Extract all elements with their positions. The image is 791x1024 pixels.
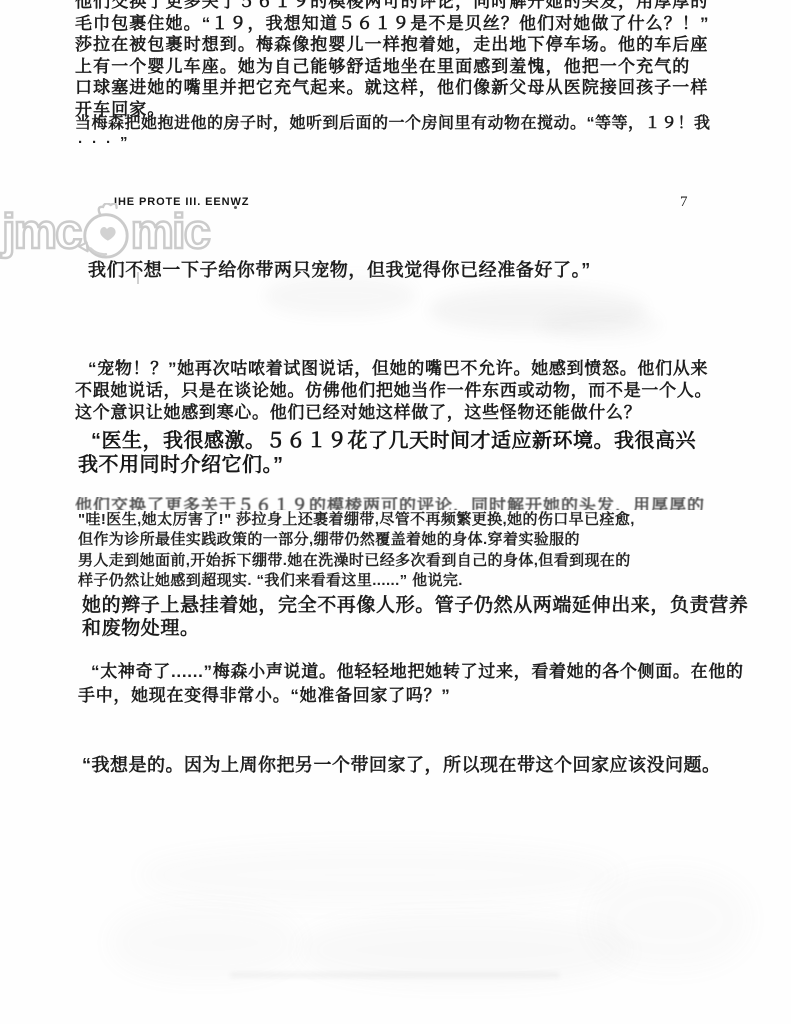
text-line: 和废物处理。 bbox=[82, 617, 748, 640]
watermark-text-right: mic bbox=[130, 206, 208, 258]
paragraph-bandages: "哇!医生,她太厉害了!" 莎拉身上还裹着绷带,尽管不再频繁更换,她的伤口早已痊… bbox=[78, 510, 635, 591]
scan-smudge bbox=[265, 276, 415, 316]
text-line: 但作为诊所最佳实践政策的一部分,绷带仍然覆盖着她的身体.穿着实验服的 bbox=[78, 530, 635, 550]
paragraph-opening: 他们交换了更多关于５６１９的模棱两可的评论，同时解开她的头发，用厚厚的 毛巾包裹… bbox=[75, 0, 710, 120]
text-line: 不跟她说话，只是在谈论她。仿佛他们把她当作一件东西或动物，而不是一个人。 bbox=[75, 380, 712, 402]
text-line: 她的辫子上悬挂着她，完全不再像人形。管子仍然从两端延伸出来，负责营养 bbox=[82, 594, 748, 617]
text-line: 口球塞进她的嘴里并把它充气起来。就这样，他们像新父母从医院接回孩子一样 bbox=[75, 77, 710, 99]
watermark-text-left: jmc bbox=[2, 206, 80, 258]
scanned-page: 他们交换了更多关于５６１９的模棱两可的评论，同时解开她的头发，用厚厚的 毛巾包裹… bbox=[0, 0, 791, 1024]
line-final-dialogue: “我想是的。因为上周你把另一个带回家了，所以现在带这个回家应该没问题。 bbox=[82, 751, 721, 777]
text-line: “宠物！？”她再次咕哝着试图说话，但她的嘴巴不允许。她感到愤怒。他们从来 bbox=[75, 358, 712, 380]
ghost-cut-line: 他们交换了更多关于５６１９的模棱两可的评论，同时解开她的头发，用厚厚的 bbox=[75, 497, 705, 510]
paragraph-pet-reaction: “宠物！？”她再次咕哝着试图说话，但她的嘴巴不允许。她感到愤怒。他们从来 不跟她… bbox=[75, 358, 712, 424]
paragraph-carry-home: 当梅森把她抱进他的房子时，她听到后面的一个房间里有动物在搅动。“等等，１９！我 … bbox=[75, 114, 711, 152]
scan-tick-artifact bbox=[137, 272, 139, 284]
scan-streak-artifact bbox=[230, 972, 560, 978]
text-line: “太神奇了......”梅森小声说道。他轻轻地把她转了过来，看着她的各个侧面。在… bbox=[78, 660, 744, 684]
chick-icon bbox=[78, 203, 132, 261]
text-line: 男人走到她面前,开始拆下绷带.她在洗澡时已经多次看到自己的身体,但看到现在的 bbox=[78, 551, 635, 571]
scan-dot-artifact bbox=[234, 206, 237, 209]
text-line: 毛巾包裹住她。“１９，我想知道５６１９是不是贝丝？他们对她做了什么？！” bbox=[75, 13, 710, 35]
text-line: 当梅森把她抱进他的房子时，她听到后面的一个房间里有动物在搅动。“等等，１９！我 bbox=[75, 114, 711, 133]
text-line-ellipsis: ···” bbox=[75, 133, 711, 152]
paragraph-amazing: “太神奇了......”梅森小声说道。他轻轻地把她转了过来，看着她的各个侧面。在… bbox=[78, 660, 744, 707]
text-line: "哇!医生,她太厉害了!" 莎拉身上还裹着绷带,尽管不再频繁更换,她的伤口早已痊… bbox=[78, 510, 635, 530]
paragraph-braid: 她的辫子上悬挂着她，完全不再像人形。管子仍然从两端延伸出来，负责营养 和废物处理… bbox=[82, 594, 748, 640]
watermark: jmc mic bbox=[2, 203, 209, 261]
text-line: 莎拉在被包裹时想到。梅森像抱婴儿一样抱着她，走出地下停车场。他的车后座 bbox=[75, 34, 710, 56]
text-line: 他们交换了更多关于５６１９的模棱两可的评论，同时解开她的头发，用厚厚的 bbox=[75, 497, 705, 510]
scan-smudge bbox=[590, 870, 750, 970]
text-line: 手中，她现在变得非常小。“她准备回家了吗？” bbox=[78, 684, 744, 708]
text-line: 样子仍然让她感到超现实. “我们来看看这里......” 他说完. bbox=[78, 571, 635, 591]
scan-smudge bbox=[540, 310, 660, 340]
scan-smudge bbox=[140, 845, 620, 905]
text-line: 我不用同时介绍它们。” bbox=[78, 454, 696, 478]
text-line: 他们交换了更多关于５６１９的模棱两可的评论，同时解开她的头发，用厚厚的 bbox=[75, 0, 710, 13]
text-line: 上有一个婴儿车座。她为自己能够舒适地坐在里面感到羞愧，他把一个充气的 bbox=[75, 56, 710, 78]
scan-smudge bbox=[110, 905, 300, 980]
paragraph-doctor-dialogue: “医生，我很感激。５６１９花了几天时间才适应新环境。我很高兴 我不用同时介绍它们… bbox=[78, 430, 696, 477]
text-line: “医生，我很感激。５６１９花了几天时间才适应新环境。我很高兴 bbox=[78, 430, 696, 454]
text-line: 这个意识让她感到寒心。他们已经对她这样做了，这些怪物还能做什么？ bbox=[75, 402, 712, 424]
page-number: 7 bbox=[680, 194, 688, 211]
